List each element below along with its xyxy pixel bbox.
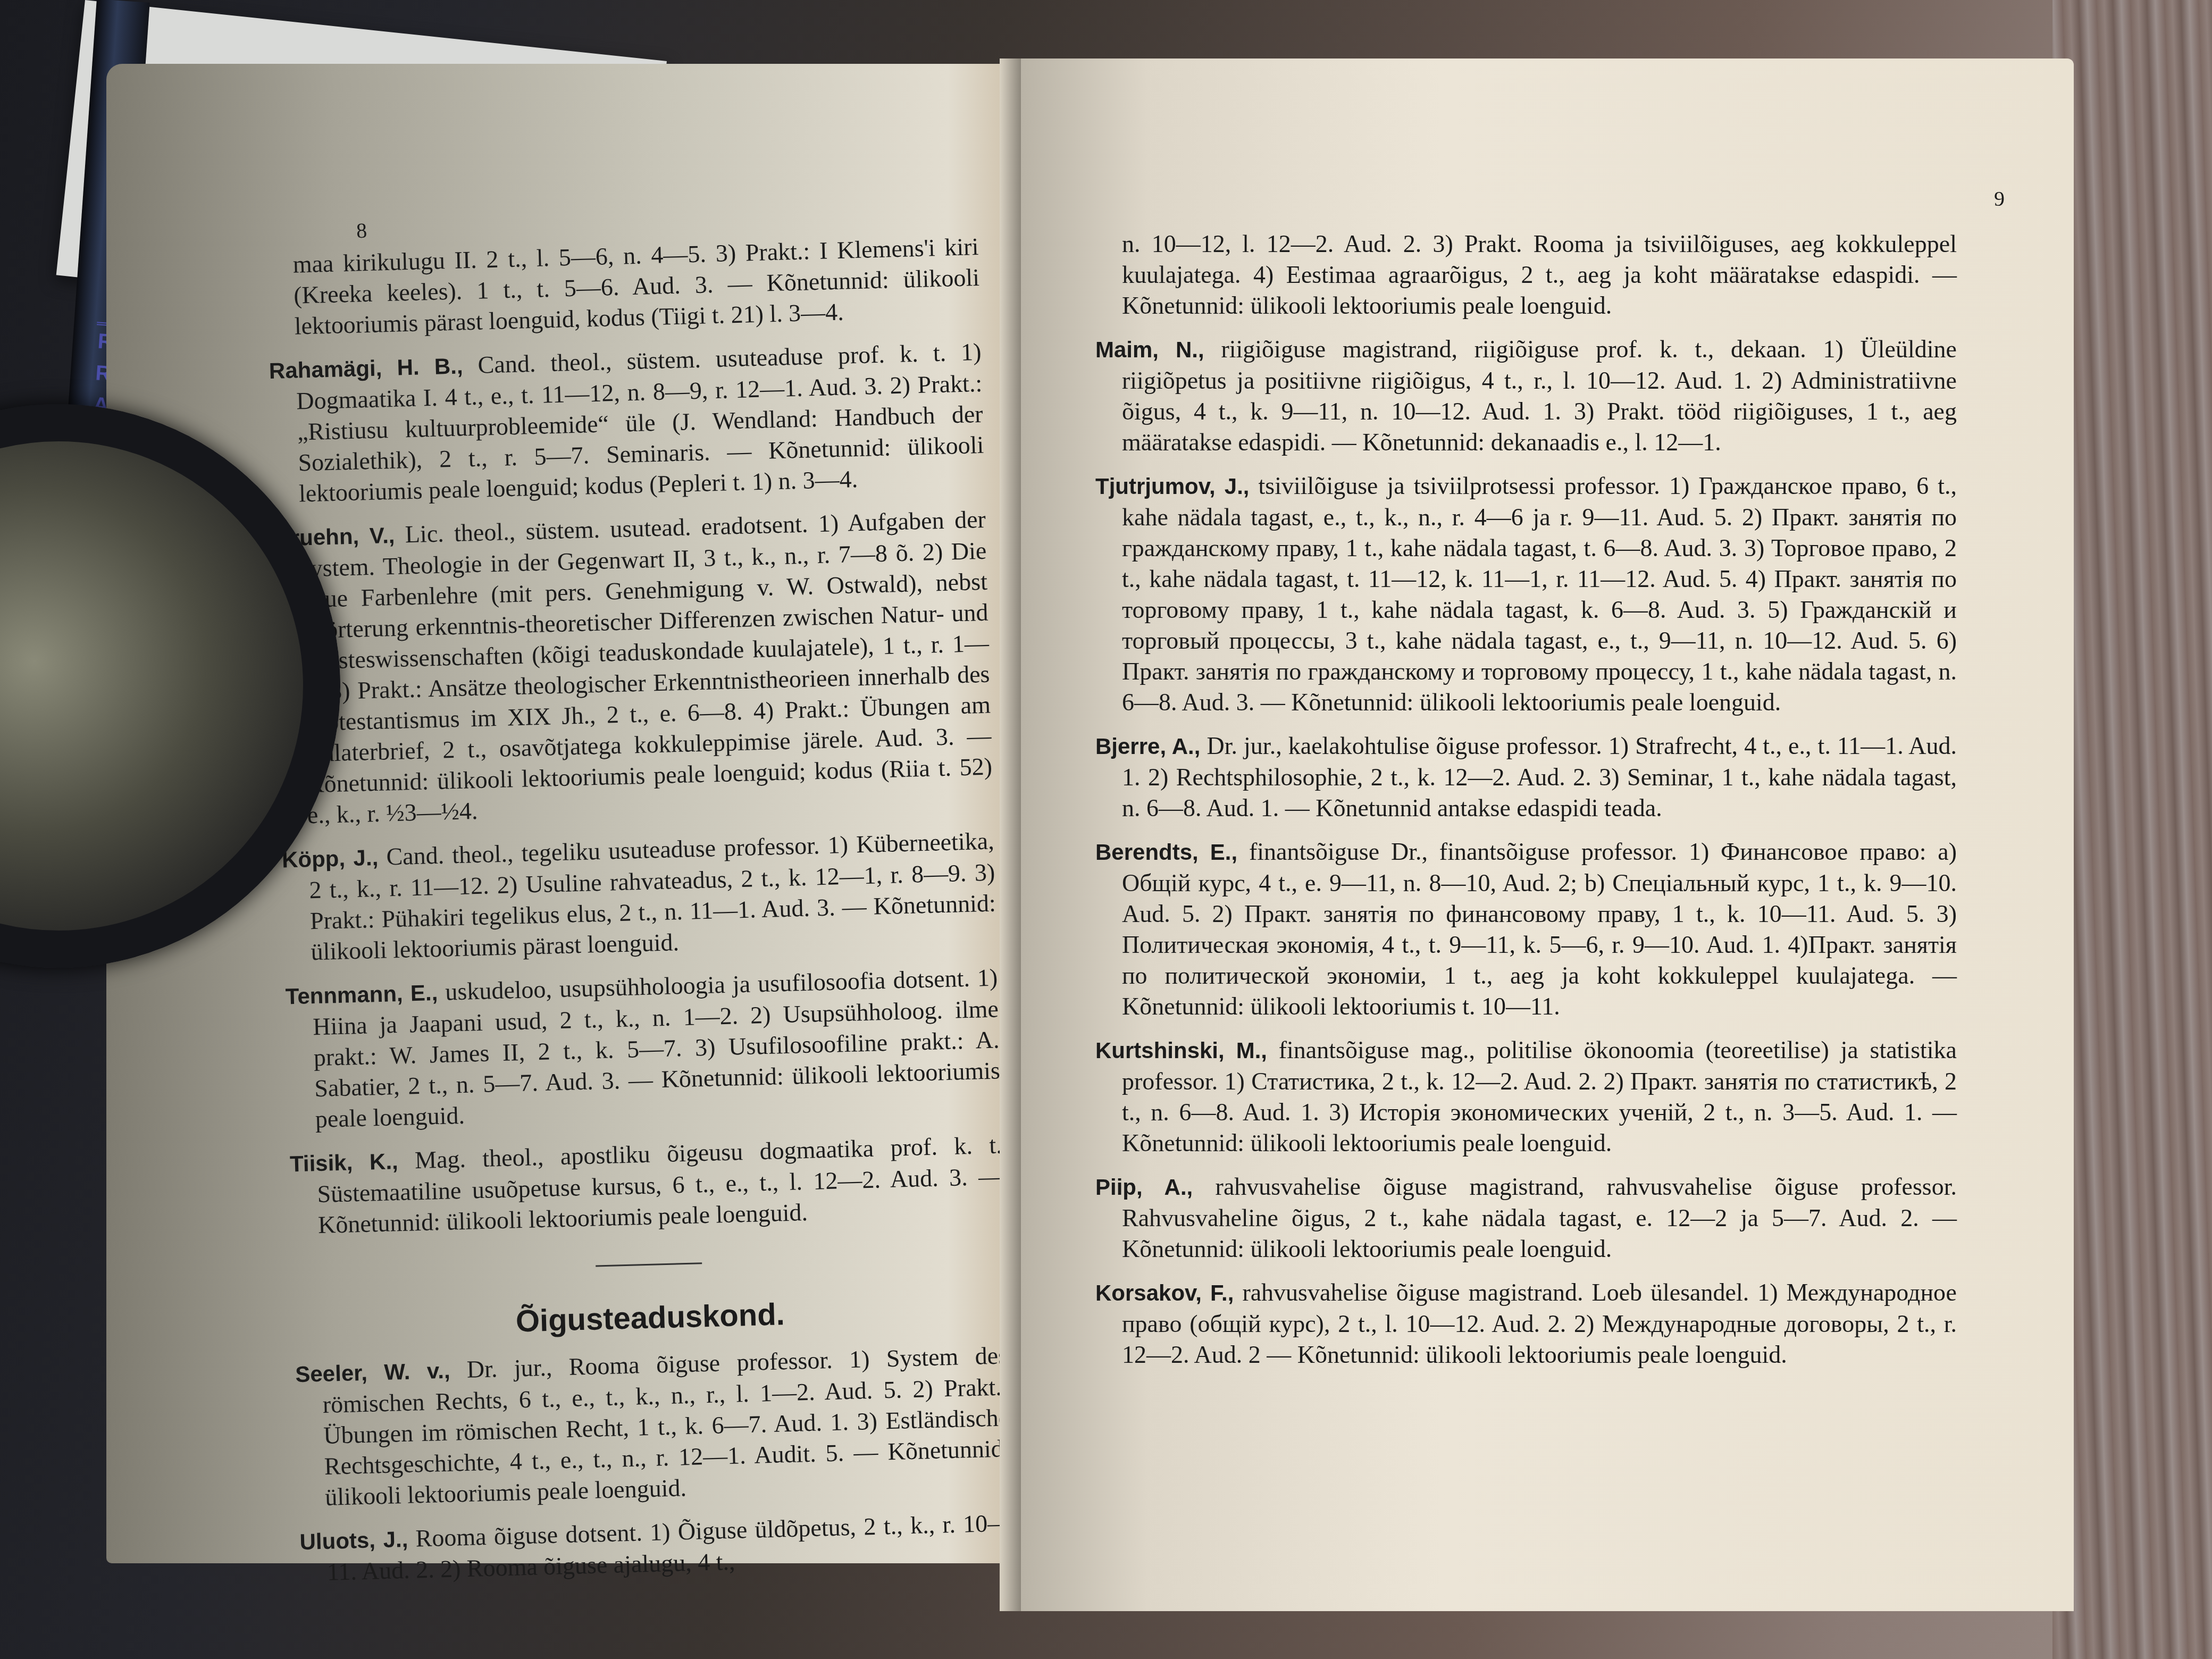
- faculty-entry: Köpp, J., Cand. theol., tegeliku usutead…: [281, 826, 997, 968]
- faculty-entry: Seeler, W. v., Dr. jur., Rooma õiguse pr…: [295, 1340, 1011, 1513]
- faculty-name: Tiisik, K.,: [289, 1149, 398, 1176]
- page-number: 9: [1994, 186, 2005, 211]
- page-number: 8: [356, 218, 367, 244]
- right-page-text: n. 10—12, l. 12—2. Aud. 2. 3) Prakt. Roo…: [1095, 229, 1957, 1383]
- faculty-entry: Tennmann, E., uskudeloo, usupsühholoogia…: [285, 962, 1001, 1135]
- faculty-courses: Cand. theol., tegeliku usuteaduse profes…: [309, 827, 996, 966]
- faculty-courses: finantsõiguse Dr., finantsõiguse profess…: [1122, 838, 1957, 1020]
- faculty-entry: Korsakov, F., rahvusvahelise õiguse magi…: [1095, 1277, 1957, 1370]
- faculty-entry: Maim, N., riigiõiguse magistrand, riigiõ…: [1095, 334, 1957, 458]
- faculty-entry: Tjutrjumov, J., tsiviilõiguse ja tsiviil…: [1095, 471, 1957, 718]
- faculty-entry: Rahamägi, H. B., Cand. theol., süstem. u…: [269, 337, 985, 510]
- faculty-name: Rahamägi, H. B.,: [269, 353, 463, 383]
- continuation-text: n. 10—12, l. 12—2. Aud. 2. 3) Prakt. Roo…: [1095, 229, 1957, 321]
- faculty-name: Uluots, J.,: [299, 1527, 408, 1554]
- faculty-entry: Kurtshinski, M., finantsõiguse mag., pol…: [1095, 1035, 1957, 1159]
- right-page: 9 n. 10—12, l. 12—2. Aud. 2. 3) Prakt. R…: [1021, 58, 2074, 1611]
- section-divider: [596, 1262, 702, 1267]
- faculty-name: Tjutrjumov, J.,: [1095, 474, 1250, 499]
- faculty-entry: Uluots, J., Rooma õiguse dotsent. 1) Õig…: [299, 1507, 1013, 1588]
- faculty-name: Bjerre, A.,: [1095, 734, 1200, 759]
- faculty-courses: riigiõiguse magistrand, riigiõiguse prof…: [1122, 336, 1957, 456]
- faculty-name: Kurtshinski, M.,: [1095, 1038, 1267, 1063]
- faculty-courses: Mag. theol., apostliku õigeusu dogmaatik…: [317, 1131, 1003, 1238]
- faculty-name: Köpp, J.,: [281, 845, 378, 873]
- faculty-name: Seeler, W. v.,: [295, 1358, 450, 1387]
- faculty-name: Piip, A.,: [1095, 1175, 1193, 1200]
- faculty-entry: Bjerre, A., Dr. jur., kaelakohtulise õig…: [1095, 731, 1957, 824]
- faculty-name: Berendts, E.,: [1095, 840, 1237, 865]
- faculty-entry: Tiisik, K., Mag. theol., apostliku õigeu…: [289, 1129, 1004, 1241]
- faculty-entry: Gruehn, V., Lic. theol., süstem. usutead…: [273, 504, 993, 832]
- faculty-entry: Berendts, E., finantsõiguse Dr., finants…: [1095, 836, 1957, 1022]
- section-heading: Õigusteaduskond.: [294, 1293, 1007, 1343]
- wooden-table-surface: [2052, 0, 2212, 1659]
- faculty-courses: Dr. jur., kaelakohtulise õiguse professo…: [1122, 732, 1957, 822]
- left-page-text: maa kirikulugu II. 2 t., l. 5—6, n. 4—5.…: [266, 231, 1013, 1601]
- faculty-entry: Piip, A., rahvusvahelise õiguse magistra…: [1095, 1171, 1957, 1264]
- faculty-name: Maim, N.,: [1095, 337, 1204, 362]
- faculty-courses: tsiviilõiguse ja tsiviilprotsessi profes…: [1122, 472, 1957, 716]
- faculty-courses: Rooma õiguse dotsent. 1) Õiguse üldõpetu…: [326, 1509, 1012, 1586]
- faculty-name: Korsakov, F.,: [1095, 1280, 1234, 1305]
- faculty-courses: Lic. theol., süstem. usutead. eradotsent…: [300, 506, 993, 829]
- faculty-courses: rahvusvahelise õiguse magistrand. Loeb ü…: [1122, 1279, 1957, 1368]
- faculty-courses: rahvusvahelise õiguse magistrand, rahvus…: [1122, 1173, 1957, 1262]
- continuation-text: maa kirikulugu II. 2 t., l. 5—6, n. 4—5.…: [266, 231, 981, 342]
- faculty-name: Tennmann, E.,: [285, 980, 438, 1009]
